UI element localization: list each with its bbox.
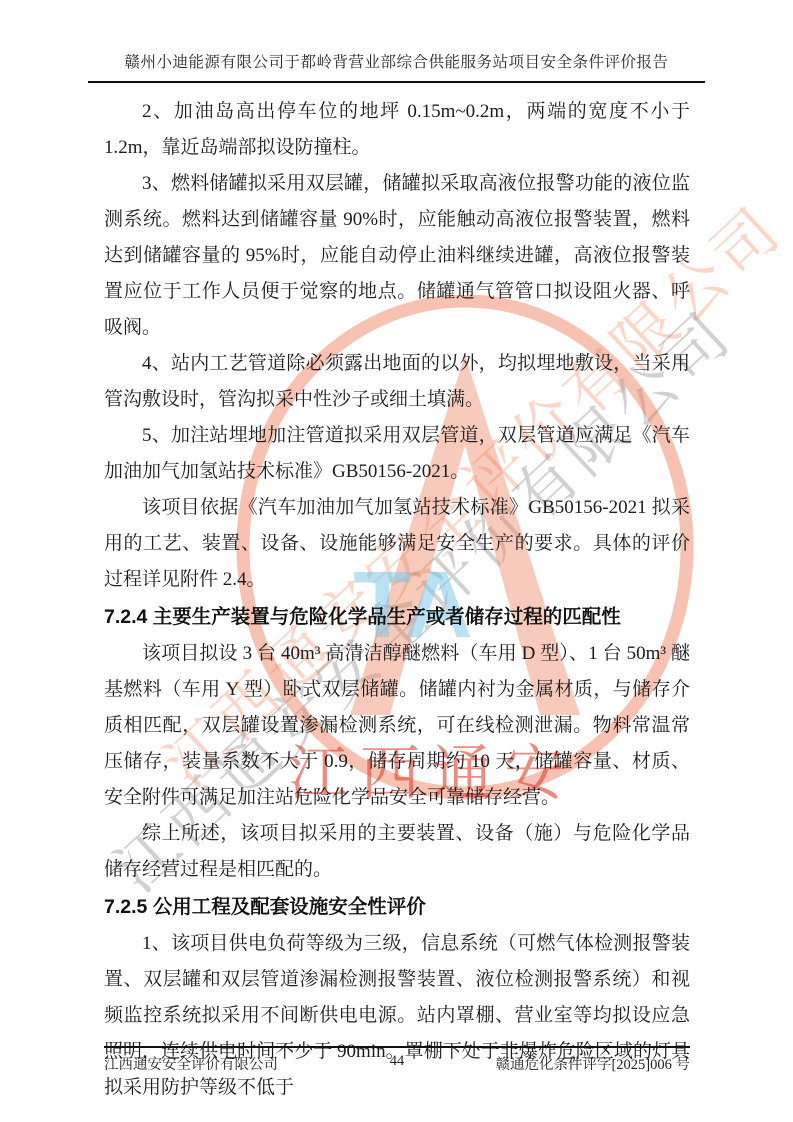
section-heading-724: 7.2.4 主要生产装置与危险化学品生产或者储存过程的匹配性 bbox=[104, 598, 690, 636]
body-paragraph: 3、燃料储罐拟采用双层罐，储罐拟采取高液位报警功能的液位监测系统。燃料达到储罐容… bbox=[104, 166, 690, 346]
page-number: 44 bbox=[104, 1053, 690, 1070]
page-header-title: 赣州小迪能源有限公司于都岭背营业部综合供能服务站项目安全条件评价报告 bbox=[88, 50, 705, 83]
body-paragraph: 综上所述，该项目拟采用的主要装置、设备（施）与危险化学品储存经营过程是相匹配的。 bbox=[104, 816, 690, 888]
body-paragraph: 该项目拟设 3 台 40m³ 高清洁醇醚燃料（车用 D 型）、1 台 50m³ … bbox=[104, 636, 690, 816]
document-body: 2、加油岛高出停车位的地坪 0.15m~0.2m，两端的宽度不小于 1.2m，靠… bbox=[104, 94, 690, 1106]
page-footer: 44 江西通安安全评价有限公司 赣通危化条件评字[2025]006 号 bbox=[104, 1046, 690, 1074]
section-heading-725: 7.2.5 公用工程及配套设施安全性评价 bbox=[104, 888, 690, 926]
body-paragraph: 5、加注站埋地加注管道拟采用双层管道，双层管道应满足《汽车加油加气加氢站技术标准… bbox=[104, 418, 690, 490]
body-paragraph: 1、该项目供电负荷等级为三级，信息系统（可燃气体检测报警装置、双层罐和双层管道渗… bbox=[104, 926, 690, 1106]
document-page: 江西通安安全评价有限公司 江西通安安全评价有限公司 TA 江西通安 赣州小迪能源… bbox=[0, 0, 793, 1122]
body-paragraph: 该项目依据《汽车加油加气加氢站技术标准》GB50156-2021 拟采用的工艺、… bbox=[104, 490, 690, 598]
body-paragraph: 4、站内工艺管道除必须露出地面的以外，均拟埋地敷设，当采用管沟敷设时，管沟拟采中… bbox=[104, 346, 690, 418]
body-paragraph: 2、加油岛高出停车位的地坪 0.15m~0.2m，两端的宽度不小于 1.2m，靠… bbox=[104, 94, 690, 166]
